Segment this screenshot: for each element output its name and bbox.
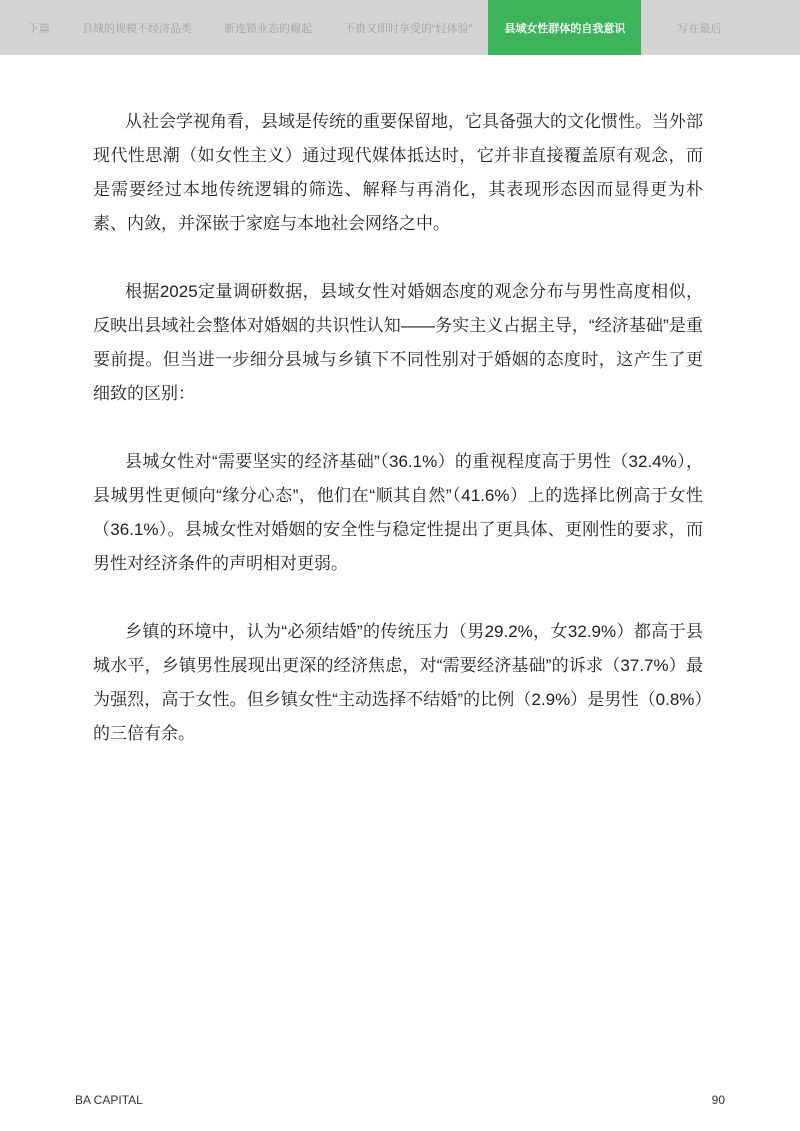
nav-tab-previous-section[interactable]: 下篇 — [12, 0, 66, 55]
nav-tab-new-chain-formats[interactable]: 新连锁业态的崛起 — [208, 0, 328, 55]
page-footer: BA CAPITAL 90 — [75, 1093, 725, 1107]
body-paragraph-1: 从社会学视角看，县域是传统的重要保留地，它具备强大的文化惯性。当外部现代性思潮（… — [93, 105, 703, 241]
page-body: 从社会学视角看，县域是传统的重要保留地，它具备强大的文化惯性。当外部现代性思潮（… — [0, 55, 800, 751]
body-paragraph-4: 乡镇的环境中，认为“必须结婚”的传统压力（男29.2%，女32.9%）都高于县城… — [93, 615, 703, 751]
page-number: 90 — [712, 1093, 725, 1107]
nav-tab-county-women-self-awareness[interactable]: 县域女性群体的自我意识 — [488, 0, 641, 55]
body-paragraph-2: 根据2025定量调研数据，县域女性对婚姻态度的观念分布与男性高度相似，反映出县域… — [93, 275, 703, 411]
nav-tab-scale-diseconomy-categories[interactable]: 县域的规模不经济品类 — [66, 0, 208, 55]
top-nav: 下篇 县域的规模不经济品类 新连锁业态的崛起 不贵又即时享受的“轻体验” 县域女… — [0, 0, 800, 55]
footer-brand: BA CAPITAL — [75, 1093, 143, 1107]
body-paragraph-3: 县城女性对“需要坚实的经济基础”（36.1%）的重视程度高于男性（32.4%），… — [93, 445, 703, 581]
nav-tab-epilogue[interactable]: 写在最后 — [661, 0, 737, 55]
nav-tab-light-experience[interactable]: 不贵又即时享受的“轻体验” — [328, 0, 488, 55]
